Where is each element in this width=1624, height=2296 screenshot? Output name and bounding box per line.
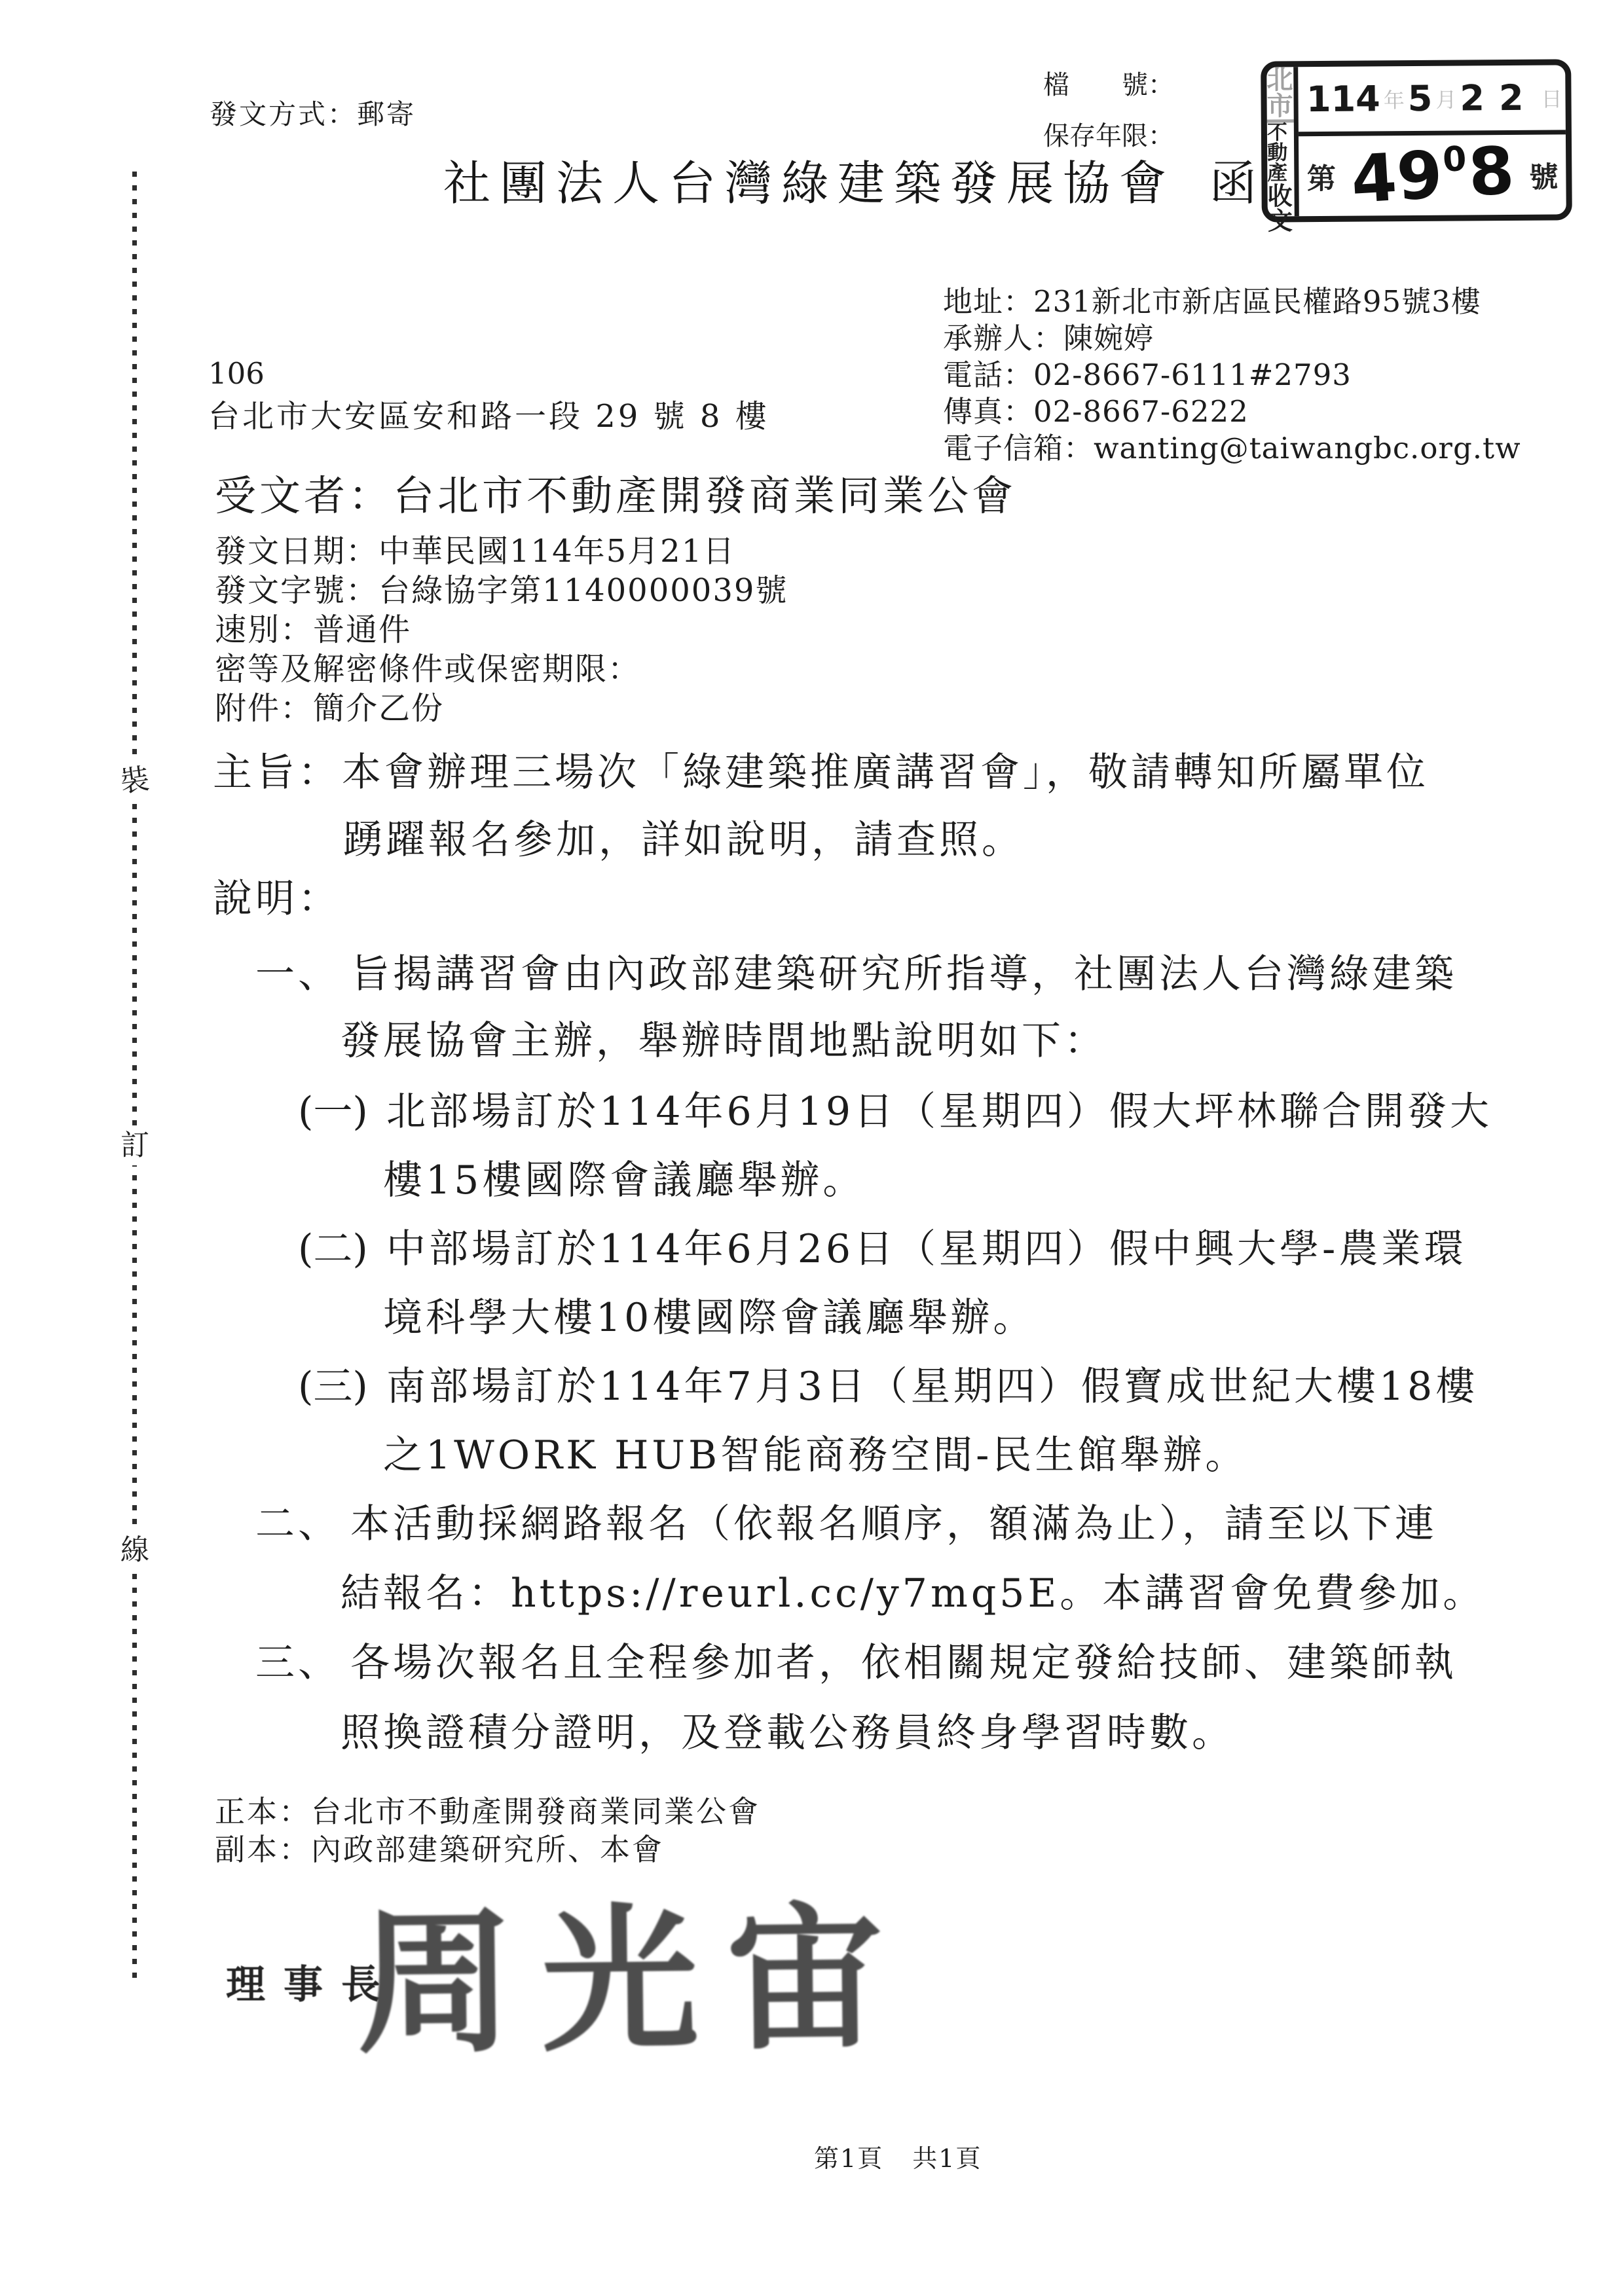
recipient-line: 受文者：台北市不動產開發商業同業公會 xyxy=(215,475,1016,517)
subitem-3-line-2: 之1WORK HUB智能商務空間-民生館舉辦。 xyxy=(383,1436,1247,1475)
stamp-day: 22 xyxy=(1460,77,1538,119)
attachment: 附件：簡介乙份 xyxy=(215,689,788,728)
priority: 速別：普通件 xyxy=(215,610,788,649)
stamp-number-part1: 49 xyxy=(1349,142,1444,213)
item-3-marker: 三、 xyxy=(255,1643,350,1683)
item-1-line-1: 一、旨揭講習會由內政部建築研究所指導，社團法人台灣綠建築 xyxy=(255,955,1457,994)
retention-period-label: 保存年限： xyxy=(1043,123,1174,149)
item-3-line-2: 照換證積分證明，及登載公務員終身學習時數。 xyxy=(341,1713,1234,1753)
stamp-org-name: 不動產 xyxy=(1267,122,1295,183)
binding-dotted-line xyxy=(132,172,137,1985)
page-number: 第1頁 xyxy=(814,2144,883,2173)
document-meta-block: 發文日期：中華民國114年5月21日 發文字號：台綠協字第1140000039號… xyxy=(215,532,788,728)
stamp-year: 114 xyxy=(1306,78,1380,120)
stamp-year-unit: 年 xyxy=(1384,84,1405,114)
sender-fax: 傳真：02-8667-6222 xyxy=(943,393,1521,430)
binding-mark-xian: 線 xyxy=(119,1531,151,1570)
subitem-3-line-1: (三)南部場訂於114年7月3日（星期四）假寶成世紀大樓18樓 xyxy=(298,1367,1478,1406)
stamp-number-part3: 8 xyxy=(1466,138,1515,206)
subitem-3-text: 南部場訂於114年7月3日（星期四）假寶成世紀大樓18樓 xyxy=(386,1364,1478,1410)
stamp-day-unit: 日 xyxy=(1541,82,1562,113)
stamp-month-unit: 月 xyxy=(1435,83,1456,113)
subitem-1-line-1: (一)北部場訂於114年6月19日（星期四）假大坪林聯合開發大 xyxy=(298,1092,1492,1131)
scanned-official-letter: 裝 訂 線 發文方式：郵寄 檔 號： 保存年限： 社團法人台灣綠建築發展協會函 … xyxy=(0,0,1624,2296)
page-footer: 第1頁共1頁 xyxy=(814,2146,982,2171)
item-1-marker: 一、 xyxy=(255,955,350,994)
item-2-line-1: 二、本活動採網路報名（依報名順序，額滿為止），請至以下連 xyxy=(255,1504,1437,1544)
signer-name-stamp: 周光宙 xyxy=(356,1899,912,2062)
stamp-number-row: 第 49 0 8 號 xyxy=(1299,134,1566,216)
issue-date: 發文日期：中華民國114年5月21日 xyxy=(215,532,788,571)
stamp-number-prefix: 第 xyxy=(1307,155,1336,197)
page-total: 共1頁 xyxy=(912,2144,982,2173)
subitem-2-text: 中部場訂於114年6月26日（星期四）假中興大學-農業環 xyxy=(386,1226,1466,1272)
sender-address: 地址：231新北市新店區民權路95號3樓 xyxy=(943,283,1521,320)
subitem-1-marker: (一) xyxy=(298,1092,386,1131)
item-2-marker: 二、 xyxy=(255,1504,350,1544)
sender-phone: 電話：02-8667-6111#2793 xyxy=(943,357,1521,393)
recipient-street-address: 台北市大安區安和路一段 29 號 8 樓 xyxy=(208,401,769,432)
stamp-number-suffix: 號 xyxy=(1529,153,1558,195)
delivery-method: 發文方式：郵寄 xyxy=(210,101,416,128)
stamp-org-city: 北市 xyxy=(1266,67,1294,122)
recipient-postal-code: 106 xyxy=(208,359,265,388)
stamp-number-handwritten: 49 0 8 xyxy=(1349,138,1515,213)
archive-number-label: 檔 號： xyxy=(1043,72,1174,98)
subitem-2-marker: (二) xyxy=(298,1230,386,1269)
stamp-month: 5 xyxy=(1408,78,1433,119)
binding-mark-zhuang: 裝 xyxy=(116,759,154,803)
subitem-2-line-2: 境科學大樓10樓國際會議廳舉辦。 xyxy=(383,1298,1035,1338)
subject-label: 主旨： xyxy=(213,753,342,792)
subject-text: 本會辦理三場次「綠建築推廣講習會」，敬請轉知所屬單位 xyxy=(342,750,1429,795)
item-1-text: 旨揭講習會由內政部建築研究所指導，社團法人台灣綠建築 xyxy=(350,951,1457,997)
issue-number: 發文字號：台綠協字第1140000039號 xyxy=(215,571,788,610)
stamp-date-row: 114 年 5 月 22 日 xyxy=(1299,65,1566,136)
stamp-received-label: 收文 xyxy=(1267,183,1295,233)
copy-cc: 副本：內政部建築研究所、本會 xyxy=(215,1834,664,1865)
item-3-text: 各場次報名且全程參加者，依相關規定發給技師、建築師執 xyxy=(350,1640,1457,1686)
stamp-org-column: 北市 不動產 收文 xyxy=(1266,67,1299,216)
subitem-3-marker: (三) xyxy=(298,1367,386,1406)
subitem-1-line-2: 樓15樓國際會議廳舉辦。 xyxy=(383,1161,865,1200)
subject-line-2: 踴躍報名參加，詳如說明，請查照。 xyxy=(343,820,1024,860)
item-3-line-1: 三、各場次報名且全程參加者，依相關規定發給技師、建築師執 xyxy=(255,1643,1457,1683)
subitem-1-text: 北部場訂於114年6月19日（星期四）假大坪林聯合開發大 xyxy=(386,1089,1492,1135)
item-2-line-2: 結報名：https://reurl.cc/y7mq5E。本講習會免費參加。 xyxy=(341,1574,1485,1613)
item-2-text: 本活動採網路報名（依報名順序，額滿為止），請至以下連 xyxy=(350,1501,1437,1547)
issuer-name: 社團法人台灣綠建築發展協會 xyxy=(443,156,1175,211)
document-title: 社團法人台灣綠建築發展協會函 xyxy=(443,160,1257,207)
received-stamp: 北市 不動產 收文 114 年 5 月 22 日 第 49 0 8 號 xyxy=(1261,59,1572,222)
explanation-label: 說明： xyxy=(213,879,341,919)
stamp-number-part2: 0 xyxy=(1441,139,1467,180)
subitem-2-line-1: (二)中部場訂於114年6月26日（星期四）假中興大學-農業環 xyxy=(298,1230,1466,1269)
copy-original: 正本：台北市不動產開發商業同業公會 xyxy=(215,1796,760,1827)
sender-contact-block: 地址：231新北市新店區民權路95號3樓 承辦人：陳婉婷 電話：02-8667-… xyxy=(943,283,1521,467)
item-1-line-2: 發展協會主辦，舉辦時間地點說明如下： xyxy=(341,1021,1107,1061)
doc-type-letter: 函 xyxy=(1209,156,1257,211)
sender-handler: 承辦人：陳婉婷 xyxy=(943,320,1521,357)
subject-line-1: 主旨：本會辦理三場次「綠建築推廣講習會」，敬請轉知所屬單位 xyxy=(213,753,1429,792)
sender-email: 電子信箱：wanting@taiwangbc.org.tw xyxy=(943,430,1521,467)
classification: 密等及解密條件或保密期限： xyxy=(215,649,788,689)
binding-mark-ding: 訂 xyxy=(119,1126,151,1165)
